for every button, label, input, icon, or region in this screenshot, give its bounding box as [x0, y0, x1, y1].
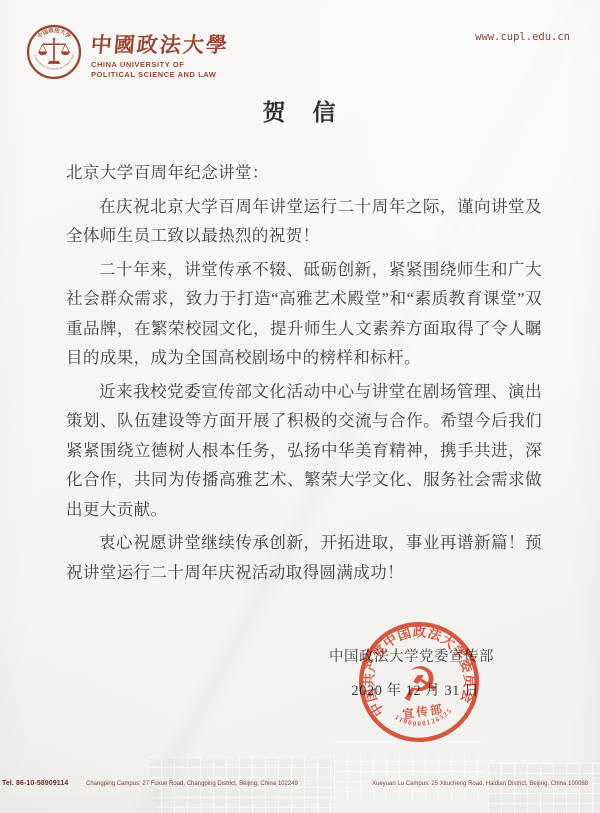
scanned-letter-page: 中国政法大学 CHINA UNIVERSITY OF POLITICAL SCI…	[0, 0, 600, 813]
footer: Tel. 86-10-58909114 Changping Campus: 27…	[0, 780, 600, 794]
building-skyline-graphic	[0, 739, 600, 813]
salutation: 北京大学百周年纪念讲堂：	[66, 158, 542, 188]
official-seal-stamp: 中国共产党中国政法大学委员会 ☭ 宣传部 1100000126525	[357, 620, 481, 744]
paragraph-4: 衷心祝愿讲堂继续传承创新，开拓进取，事业再谱新篇！预祝讲堂运行二十周年庆祝活动取…	[66, 528, 542, 587]
building-block	[0, 797, 132, 813]
paragraph-1: 在庆祝北京大学百周年讲堂运行二十周年之际，谨向讲堂及全体师生员工致以最热烈的祝贺…	[66, 192, 542, 251]
footer-changping-campus-address: Changping Campus: 27 Fuxue Road, Changpi…	[86, 781, 298, 787]
paragraph-2: 二十年来，讲堂传承不辍、砥砺创新，紧紧围绕师生和广大社会群众需求，致力于打造“高…	[66, 255, 542, 373]
university-seal-icon: 中国政法大学 CHINA UNIVERSITY OF POLITICAL SCI…	[26, 24, 82, 80]
website-url: www.cupl.edu.cn	[475, 31, 570, 43]
letter-title: 贺 信	[0, 94, 600, 127]
university-name-english-line2: POLITICAL SCIENCE AND LAW	[91, 70, 229, 80]
scales-of-justice-icon	[38, 38, 70, 64]
footer-xueyuanlu-campus-address: Xueyuan Lu Campus: 25 Xitucheng Road, Ha…	[372, 781, 588, 787]
paragraph-3: 近来我校党委宣传部文化活动中心与讲堂在剧场管理、演出策划、队伍建设等方面开展了积…	[66, 377, 542, 525]
letter-body: 北京大学百周年纪念讲堂： 在庆祝北京大学百周年讲堂运行二十周年之际，谨向讲堂及全…	[66, 158, 542, 591]
university-name-chinese: 中國政法大學	[90, 29, 231, 59]
building-roof	[296, 743, 504, 755]
footer-telephone: Tel. 86-10-58909114	[2, 780, 68, 787]
university-name-english-line1: CHINA UNIVERSITY OF	[91, 60, 229, 70]
university-logo: 中国政法大学 CHINA UNIVERSITY OF POLITICAL SCI…	[26, 24, 229, 80]
